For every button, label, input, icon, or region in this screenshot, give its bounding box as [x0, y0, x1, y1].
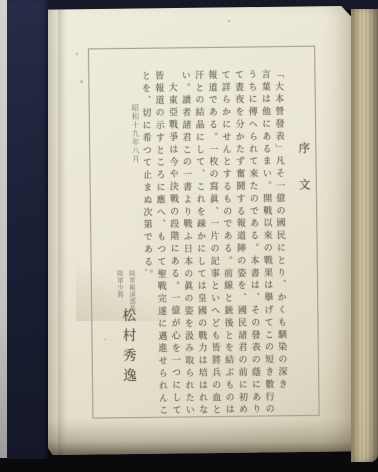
preface-page: 序文 「大本營發表」凡そ一億の國民にとり、かくも馴染の深き 言葉は他にあるまい。…: [48, 6, 352, 455]
book-cover-cloth: [7, 0, 48, 459]
author-name: 松村秀逸: [117, 308, 138, 388]
author-office: 陸軍報道部長: [128, 270, 138, 312]
page-content: 序文 「大本營發表」凡そ一億の國民にとり、かくも馴染の深き 言葉は他にあるまい。…: [46, 4, 355, 457]
backdrop-edge: [0, 0, 7, 458]
page-fore-edge: [351, 9, 378, 462]
body-column: とを、切に希つて止まぬ次第である。: [139, 71, 155, 282]
preface-title: 序文: [296, 142, 313, 215]
book-photo: 序文 「大本營發表」凡そ一億の國民にとり、かくも馴染の深き 言葉は他にあるまい。…: [0, 0, 378, 472]
author-rank: 陸軍少將: [116, 270, 125, 298]
date-column: 昭和十九年八月: [130, 104, 142, 164]
